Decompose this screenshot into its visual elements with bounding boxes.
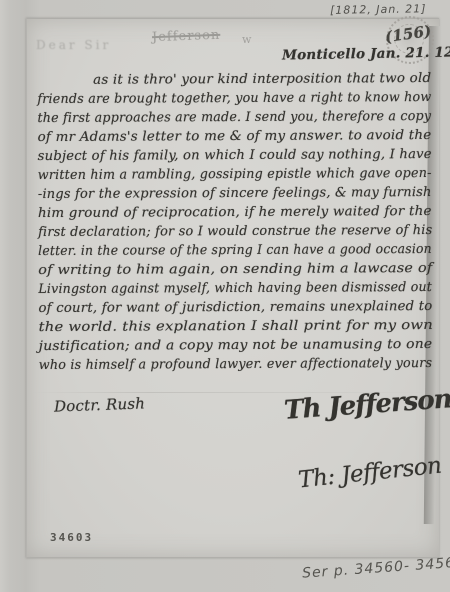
letter-body: as it is thro' your kind interposition t… [37,69,433,375]
pencil-squiggle-mark: w [242,33,251,46]
manuscript-line: -ings for the expression of sincere feel… [38,183,432,204]
manuscript-line: justification; and a copy may not be una… [39,335,433,356]
manuscript-line: first declaration; for so I would constr… [38,221,432,242]
manuscript-line: written him a rambling, gossiping epistl… [38,164,432,185]
manuscript-line: letter. in the course of the spring I ca… [38,240,432,261]
manuscript-line: subject of his family, on which I could … [38,145,432,166]
manuscript-line: who is himself a profound lawyer. ever a… [39,354,433,375]
manuscript-line: of court, for want of jurisdiction, rema… [38,297,432,318]
cancelled-pencil-word: Jefferson [152,28,221,45]
manuscript-line: him ground of reciprocation, if he merel… [38,202,432,223]
series-page-note: Ser p. 34560- 34561 [302,554,450,581]
archival-date-annotation: [1812, Jan. 21] [330,2,434,17]
sheet-number-stamp: 34603 [50,531,93,544]
manuscript-line: the first approaches are made. I send yo… [37,107,431,128]
scanned-letter-page: [1812, Jan. 21] (156) Dear Sir Jefferson… [0,0,450,592]
manuscript-line: friends are brought together, you have a… [37,88,431,109]
manuscript-line: of writing to him again, on sending him … [38,259,432,280]
salutation-dear-sir: Dear Sir [36,38,111,52]
manuscript-line: Livingston against myself, which having … [38,278,432,299]
manuscript-line: of mr Adams's letter to me & of my answe… [38,126,432,147]
dateline: Monticello Jan. 21. 12 [282,45,450,64]
addressee-doctor-rush: Doctr. Rush [54,394,146,415]
manuscript-line: as it is thro' your kind interposition t… [37,69,431,90]
manuscript-line: the world. this explanation I shall prin… [39,316,434,337]
